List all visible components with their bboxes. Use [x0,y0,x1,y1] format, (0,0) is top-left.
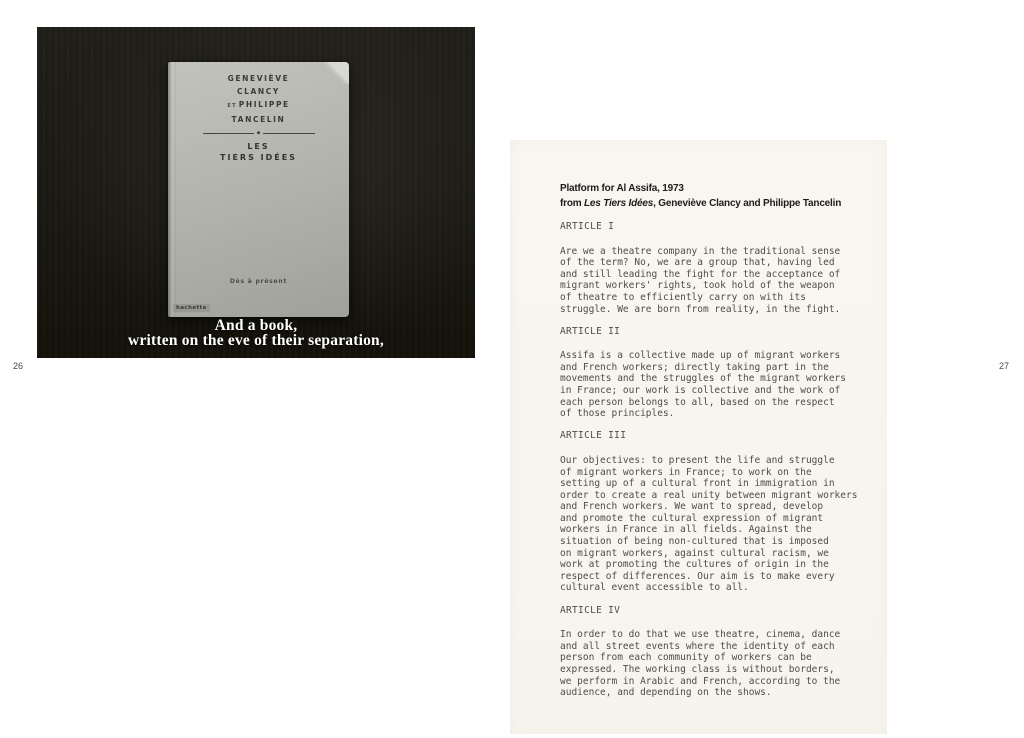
publisher-logo: hachette [173,304,210,312]
photo-caption: And a book, written on the eve of their … [37,319,475,348]
cover-ornament-rule: ◆ [203,131,315,136]
page-number-right: 27 [999,361,1009,371]
article-1-heading: ARTICLE I [560,221,861,233]
cover-title-block: LES TIERS IDÉES [168,141,349,164]
ornament-line [263,133,314,134]
article-section-1: ARTICLE I Are we a theatre company in th… [560,221,861,315]
document-content: Platform for Al Assifa, 1973 from Les Ti… [510,140,887,699]
byline-source-title: Les Tiers Idées [584,198,653,209]
caption-line-2: written on the eve of their separation, [37,334,475,349]
book-spread: GENEVIÈVE CLANCY ETPHILIPPE TANCELIN ◆ L… [0,0,1024,738]
article-section-3: ARTICLE III Our objectives: to present t… [560,430,861,594]
document-title: Platform for Al Assifa, 1973 [560,181,861,196]
document-page: Platform for Al Assifa, 1973 from Les Ti… [510,140,887,734]
cover-author-name: PHILIPPE [239,100,290,109]
cover-author-line: TANCELIN [168,113,349,126]
article-4-body: In order to do that we use theatre, cine… [560,629,861,699]
byline-suffix: , Geneviève Clancy and Philippe Tancelin [653,198,841,209]
cover-author-line: CLANCY [168,85,349,98]
byline-prefix: from [560,198,584,209]
cover-author-et: ET [227,103,237,109]
page-number-left: 26 [13,361,23,371]
article-3-body: Our objectives: to present the life and … [560,455,861,594]
cover-title-line: LES [168,141,349,153]
article-section-2: ARTICLE II Assifa is a collective made u… [560,326,861,420]
article-4-heading: ARTICLE IV [560,605,861,617]
ornament-diamond-icon: ◆ [257,131,261,136]
article-section-4: ARTICLE IV In order to do that we use th… [560,605,861,699]
book-corner-fold [319,62,349,84]
article-3-heading: ARTICLE III [560,430,861,442]
film-still-photo: GENEVIÈVE CLANCY ETPHILIPPE TANCELIN ◆ L… [37,27,475,358]
cover-title-line: TIERS IDÉES [168,152,349,164]
article-2-heading: ARTICLE II [560,326,861,338]
article-2-body: Assifa is a collective made up of migran… [560,350,861,420]
ornament-line [203,133,254,134]
cover-tagline: Dès à présent [168,278,349,285]
book-cover: GENEVIÈVE CLANCY ETPHILIPPE TANCELIN ◆ L… [168,62,349,317]
article-1-body: Are we a theatre company in the traditio… [560,246,861,316]
cover-author-line: ETPHILIPPE [168,98,349,113]
document-byline: from Les Tiers Idées, Geneviève Clancy a… [560,196,861,211]
